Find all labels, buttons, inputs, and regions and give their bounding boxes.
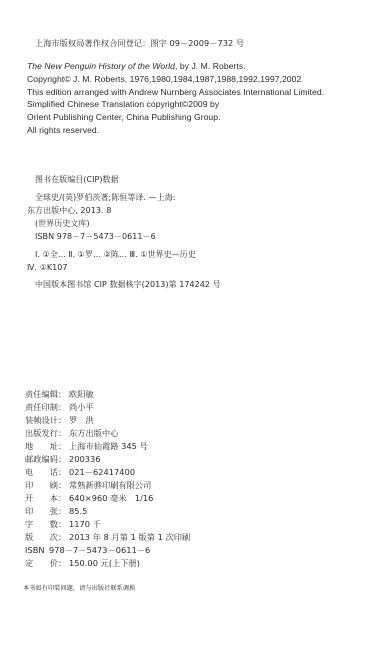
- info-row: 责任印制：尚小平: [25, 402, 94, 412]
- cip-line-1: 全球史/(英)罗伯茨著;陈恒等译. —上海:: [35, 193, 176, 203]
- copyright-years: Copyright© J. M. Roberts, 1976,1980,1984…: [27, 74, 301, 84]
- info-row: 定 价：150.00 元(上下册): [25, 558, 140, 568]
- info-row: 邮政编码：200336: [25, 454, 101, 464]
- book-title: The New Penguin History of the World: [27, 61, 175, 71]
- footnote: 本书如有印装问题，请与出版社联系调换: [23, 584, 135, 594]
- cip-classification-number: Ⅳ. ①K107: [27, 263, 68, 273]
- info-row: 电 话：021－62417400: [25, 467, 135, 477]
- info-row: 开 本：640×960 毫米 1/16: [25, 493, 153, 503]
- info-row: 印 张：85.5: [25, 506, 87, 516]
- info-row: 地 址：上海市仙霞路 345 号: [25, 441, 148, 451]
- info-row: 装帧设计：罗 洪: [25, 415, 94, 425]
- copyright-registration: 上海市版权局著作权合同登记：图字 09－2009－732 号: [35, 38, 244, 48]
- edition-arrangement: This edition arranged with Andrew Nurnbe…: [27, 87, 324, 97]
- translation-copyright: Simplified Chinese Translation copyright…: [27, 99, 219, 109]
- rights-reserved: All rights reserved.: [27, 125, 99, 135]
- publisher-line: Orient Publishing Center, China Publishi…: [27, 112, 221, 122]
- book-author: , by J. M. Roberts.: [175, 61, 246, 71]
- info-row: 印 刷：常熟新骅印刷有限公司: [25, 480, 151, 490]
- info-row: ISBN978－7－5473－0611－6: [25, 545, 150, 555]
- info-row: 出版发行：东方出版中心: [25, 428, 118, 438]
- book-title-line: The New Penguin History of the World, by…: [27, 61, 246, 71]
- info-row: 责任编辑：欧阳敏: [25, 389, 94, 399]
- cip-line-2: 东方出版中心, 2013. 8: [27, 206, 111, 216]
- cip-record-number: 中国版本图书馆 CIP 数据核字(2013)第 174242 号: [35, 280, 221, 290]
- cip-isbn: ISBN 978－7－5473－0611－6: [35, 232, 156, 242]
- cip-heading: 图书在版编目(CIP)数据: [35, 175, 119, 185]
- info-row: 版 次：2013 年 8 月第 1 版第 1 次印刷: [25, 532, 190, 542]
- cip-classification: Ⅰ. ①全… Ⅱ. ①罗… ②陈… Ⅲ. ①世界史—历史: [35, 250, 196, 260]
- cip-line-3: (世界历史文库): [35, 219, 90, 229]
- info-row: 字 数：1170 千: [25, 519, 101, 529]
